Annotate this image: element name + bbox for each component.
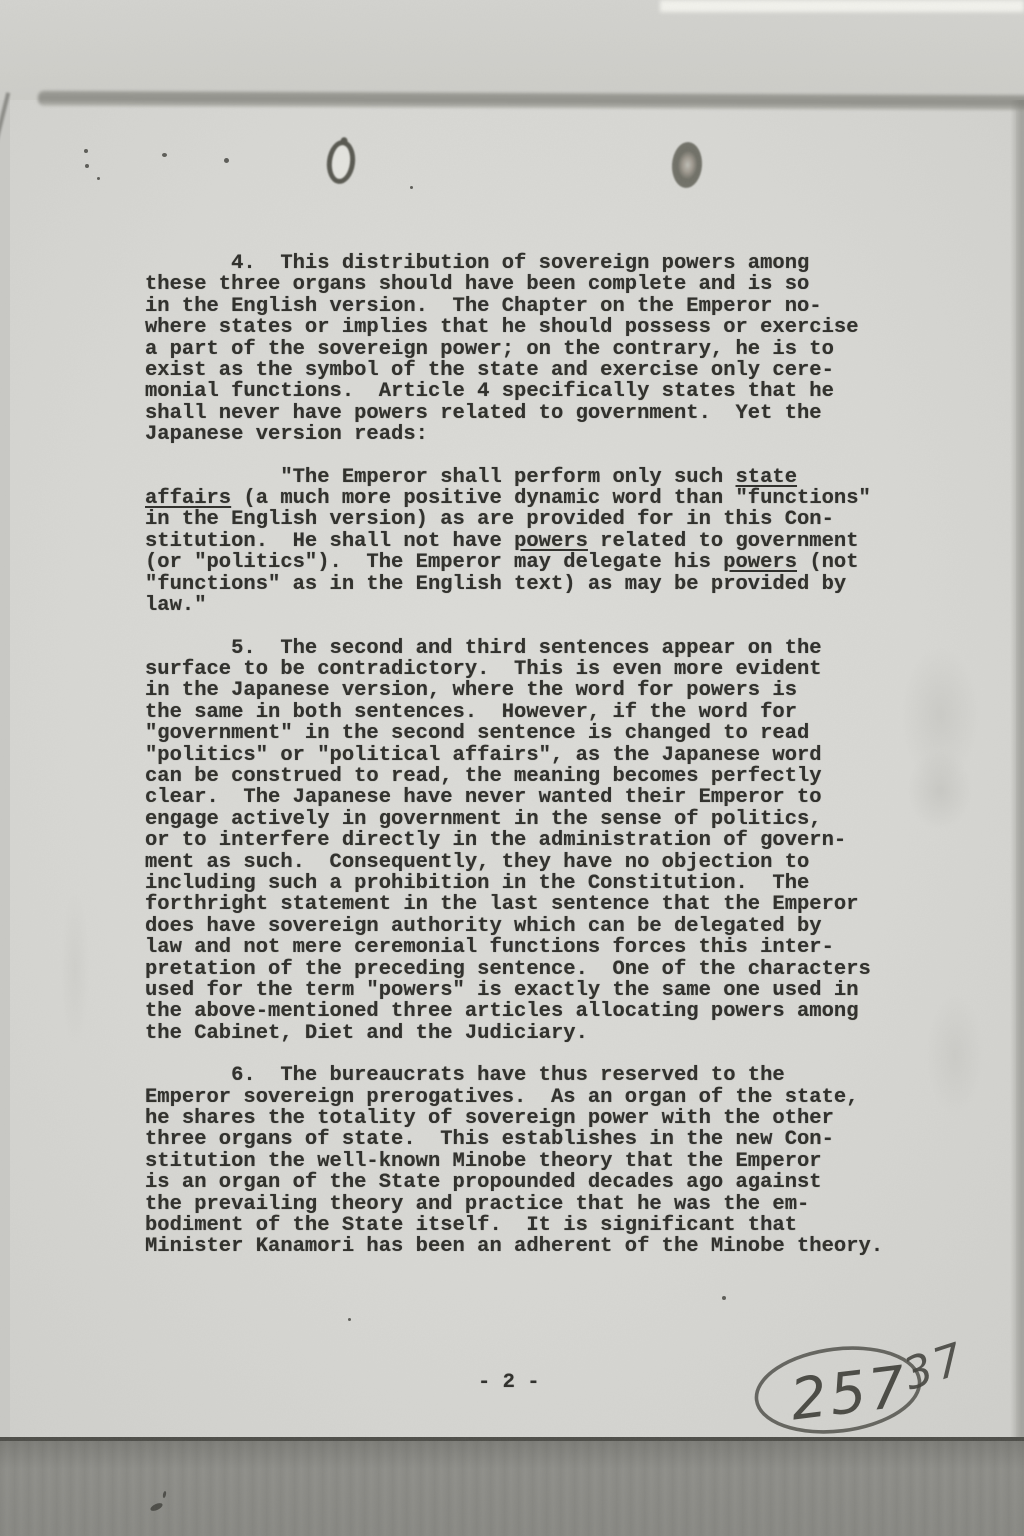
text-line: he shares the totality of sovereign powe… [145, 1108, 925, 1129]
scan-glare [660, 0, 1024, 12]
text-line: in the English version) as are provided … [145, 509, 925, 530]
text-line: including such a prohibition in the Cons… [145, 873, 925, 894]
text-line: Japanese version reads: [145, 424, 925, 445]
text-line: shall never have powers related to gover… [145, 403, 925, 424]
text-line: the prevailing theory and practice that … [145, 1194, 925, 1215]
text-line: clear. The Japanese have never wanted th… [145, 787, 925, 808]
page-number: - 2 - [478, 1371, 540, 1394]
text-line: these three organs should have been comp… [145, 274, 925, 295]
text-line: surface to be contradictory. This is eve… [145, 659, 925, 680]
text-line: is an organ of the State propounded deca… [145, 1172, 925, 1193]
text-line: in the Japanese version, where the word … [145, 680, 925, 701]
scan-background-top [0, 0, 1024, 100]
text-line: stitution. He shall not have powers rela… [145, 531, 925, 552]
text-line: or to interfere directly in the administ… [145, 830, 925, 851]
paragraph-5: 5. The second and third sentences appear… [145, 638, 925, 1045]
scan-artifact [0, 92, 10, 143]
text-line: affairs (a much more positive dynamic wo… [145, 488, 925, 509]
dust-speck [410, 186, 413, 189]
block-quote: "The Emperor shall perform only such sta… [145, 467, 925, 617]
text-line: in the English version. The Chapter on t… [145, 296, 925, 317]
text-line: bodiment of the State itself. It is sign… [145, 1215, 925, 1236]
text-line: stitution the well-known Minobe theory t… [145, 1151, 925, 1172]
text-line: a part of the sovereign power; on the co… [145, 339, 925, 360]
text-line: "functions" as in the English text) as m… [145, 574, 925, 595]
pencil-margin-number: 37 [893, 1326, 973, 1416]
dust-speck [348, 1318, 351, 1321]
dust-speck [84, 149, 88, 153]
text-line: the same in both sentences. However, if … [145, 702, 925, 723]
text-line: "politics" or "political affairs", as th… [145, 745, 925, 766]
text-line: "The Emperor shall perform only such sta… [145, 467, 925, 488]
text-line: 4. This distribution of sovereign powers… [145, 253, 925, 274]
text-line: monial functions. Article 4 specifically… [145, 381, 925, 402]
scanned-document-page: { "document": { "paragraphs": [ { "name"… [0, 0, 1024, 1536]
dust-speck [722, 1296, 726, 1300]
text-line: pretation of the preceding sentence. One… [145, 959, 925, 980]
text-line: the above-mentioned three articles alloc… [145, 1001, 925, 1022]
text-line: does have sovereign authority which can … [145, 916, 925, 937]
text-line: "government" in the second sentence is c… [145, 723, 925, 744]
page-right-edge-shadow [1010, 100, 1024, 1440]
text-line: (or "politics"). The Emperor may delegat… [145, 552, 925, 573]
text-line: three organs of state. This establishes … [145, 1129, 925, 1150]
text-line: where states or implies that he should p… [145, 317, 925, 338]
text-line: can be construed to read, the meaning be… [145, 766, 925, 787]
paragraph-6: 6. The bureaucrats have thus reserved to… [145, 1065, 925, 1258]
text-line: Emperor sovereign prerogatives. As an or… [145, 1087, 925, 1108]
text-line: the Cabinet, Diet and the Judiciary. [145, 1023, 925, 1044]
dust-speck [85, 164, 89, 168]
text-line: law." [145, 595, 925, 616]
dust-speck [162, 153, 167, 157]
text-block: 4. This distribution of sovereign powers… [145, 253, 925, 1279]
text-line: Minister Kanamori has been an adherent o… [145, 1236, 925, 1257]
text-line: exist as the symbol of the state and exe… [145, 360, 925, 381]
dust-speck [97, 177, 100, 180]
text-line: 5. The second and third sentences appear… [145, 638, 925, 659]
text-line: law and not mere ceremonial functions fo… [145, 937, 925, 958]
dust-speck [224, 158, 229, 163]
text-line: forthright statement in the last sentenc… [145, 894, 925, 915]
text-line: 6. The bureaucrats have thus reserved to… [145, 1065, 925, 1086]
paragraph-4: 4. This distribution of sovereign powers… [145, 253, 925, 446]
text-line: used for the term "powers" is exactly th… [145, 980, 925, 1001]
margin-number: 37 [897, 1333, 972, 1401]
text-line: engage actively in government in the sen… [145, 809, 925, 830]
text-line: ment as such. Consequently, they have no… [145, 852, 925, 873]
